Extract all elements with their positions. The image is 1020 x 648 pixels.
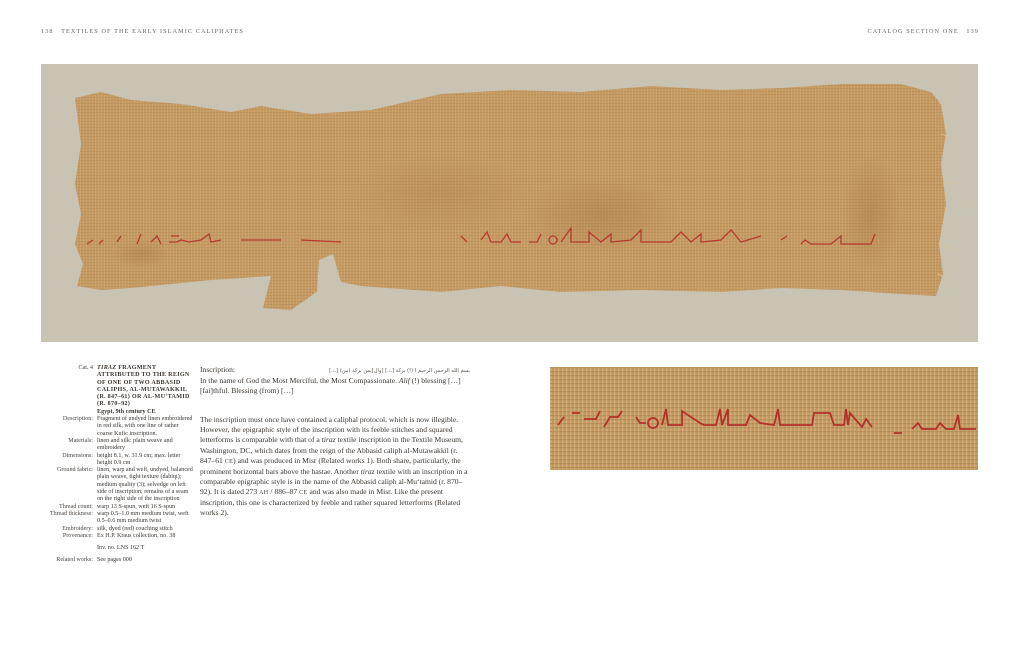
commentary-text: / 886–87: [269, 487, 300, 496]
field-value: linen and silk: plain weave and embroide…: [97, 438, 193, 453]
catalog-title: Tiraz fragment attributed to the reign o…: [97, 365, 193, 409]
field-value: height 8.1, w. 31.9 cm; max. letter heig…: [97, 453, 193, 468]
era-abbrev: CE: [225, 459, 233, 465]
field-value: Fragment of undyed linen embroidered in …: [97, 416, 193, 438]
page-number-right: 139: [966, 28, 979, 35]
field-label: Provenance:: [41, 533, 97, 540]
inscription-detail-photo: [550, 367, 978, 470]
inscription-translation: In the name of God the Most Merciful, th…: [200, 376, 470, 396]
field-thread-thickness: Thread thickness: warp 0.5–1.0 mm medium…: [41, 511, 193, 526]
catalog-title-italic: Tiraz: [97, 365, 116, 371]
field-thread-count: Thread count: warp 13 S-spun, weft 16 S-…: [41, 504, 193, 511]
catalog-title-rest: fragment attributed to the reign of one …: [97, 365, 190, 407]
field-label: Thread thickness:: [41, 511, 97, 526]
field-value: linen, warp and weft, undyed, balanced p…: [97, 467, 193, 503]
running-head-left: 138 Textiles of the Early Islamic Caliph…: [41, 28, 244, 35]
field-ground-fabric: Ground fabric: linen, warp and weft, und…: [41, 467, 193, 503]
field-label: Embroidery:: [41, 526, 97, 533]
inscription-header: Inscription: بسم الله الرحمن الرحيم ا (!…: [200, 365, 470, 376]
book-title: Textiles of the Early Islamic Caliphates: [61, 28, 244, 35]
era-abbrev: CE: [299, 490, 307, 496]
field-embroidery: Embroidery: silk, dyed (red) couching st…: [41, 526, 193, 533]
commentary-italic: tiraz: [361, 467, 375, 476]
catalog-subtitle: Egypt, 9th century CE: [97, 409, 193, 416]
field-materials: Materials: linen and silk: plain weave a…: [41, 438, 193, 453]
field-label: Thread count:: [41, 504, 97, 511]
page-number-left: 138: [41, 28, 54, 35]
field-value: Ex H.P. Kraus collection, no. 38: [97, 533, 193, 540]
commentary-italic: tiraz: [322, 435, 336, 444]
field-description: Description: Fragment of undyed linen em…: [41, 416, 193, 438]
commentary-column: Inscription: بسم الله الرحمن الرحيم ا (!…: [200, 365, 470, 518]
catalog-entry: Cat. 4 Tiraz fragment attributed to the …: [41, 365, 193, 565]
catalog-heading: Cat. 4 Tiraz fragment attributed to the …: [41, 365, 193, 416]
field-related-works: Related works: See pages 000: [41, 557, 193, 564]
field-value: See pages 000: [97, 557, 193, 564]
section-title: Catalog Section One: [868, 28, 959, 35]
running-head-right: Catalog Section One 139: [868, 28, 979, 35]
textile-main-photo: [41, 64, 978, 342]
field-inventory: Inv. no. LNS 162 T: [41, 545, 193, 552]
field-value: warp 0.5–1.0 mm medium twist, weft 0.5–0…: [97, 511, 193, 526]
field-label: Related works:: [41, 557, 97, 564]
field-provenance: Provenance: Ex H.P. Kraus collection, no…: [41, 533, 193, 540]
inventory-number: Inv. no. LNS 162 T: [97, 545, 193, 552]
field-label: Description:: [41, 416, 97, 438]
catalog-number: Cat. 4: [41, 365, 97, 416]
field-value: warp 13 S-spun, weft 16 S-spun: [97, 504, 193, 511]
inscription-detail-illustration: [550, 367, 978, 470]
translation-italic: Alif: [399, 376, 410, 385]
inscription-label: Inscription:: [200, 365, 235, 375]
field-label: Dimensions:: [41, 453, 97, 468]
commentary-paragraph: The inscription must once have contained…: [200, 415, 470, 518]
textile-fragment-illustration: [41, 64, 978, 342]
field-value: silk, dyed (red) couching stitch: [97, 526, 193, 533]
inscription-arabic: بسم الله الرحمن الرحيم ا (!) بركة [...] …: [329, 366, 470, 376]
field-label: Ground fabric:: [41, 467, 97, 503]
era-abbrev: AH: [259, 490, 268, 496]
field-label: Materials:: [41, 438, 97, 453]
translation-text: In the name of God the Most Merciful, th…: [200, 376, 399, 385]
field-dimensions: Dimensions: height 8.1, w. 31.9 cm; max.…: [41, 453, 193, 468]
